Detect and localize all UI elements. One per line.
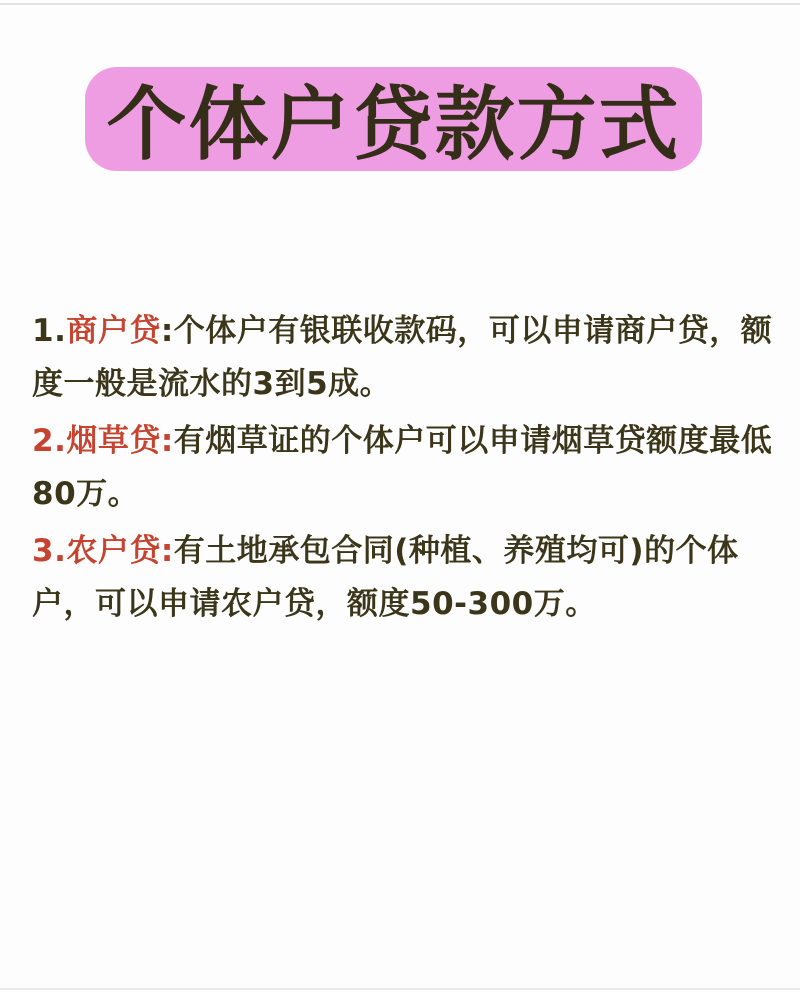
- farmer-loan-line-1: 3.农户贷:有土地承包合同(种植、养殖均可)的个体: [32, 525, 772, 578]
- item-label-tobacco-loan: 烟草贷: [66, 423, 161, 459]
- item-label-merchant-loan: 商户贷: [66, 313, 161, 349]
- merchant-loan-line-2: 度一般是流水的3到5成。: [32, 358, 772, 411]
- loan-type-list: 1.商户贷:个体户有银联收款码，可以申请商户贷，额 度一般是流水的3到5成。 2…: [32, 305, 772, 635]
- list-item-merchant-loan: 1.商户贷:个体户有银联收款码，可以申请商户贷，额 度一般是流水的3到5成。: [32, 305, 772, 411]
- item-colon: :: [161, 423, 174, 459]
- tobacco-loan-line-2: 80万。: [32, 468, 772, 521]
- item-colon: :: [161, 313, 174, 349]
- list-item-farmer-loan: 3.农户贷:有土地承包合同(种植、养殖均可)的个体 户，可以申请农户贷，额度50…: [32, 525, 772, 631]
- bottom-edge-divider: [0, 988, 800, 990]
- item-body-text: 有烟草证的个体户可以申请烟草贷额度最低: [174, 423, 773, 459]
- page-title: 个体户贷款方式: [107, 85, 681, 165]
- top-edge-divider: [0, 3, 800, 5]
- item-label-farmer-loan: 农户贷: [66, 533, 161, 569]
- item-body-text: 有土地承包合同(种植、养殖均可)的个体: [174, 533, 739, 569]
- merchant-loan-line-1: 1.商户贷:个体户有银联收款码，可以申请商户贷，额: [32, 305, 772, 358]
- tobacco-loan-line-1: 2.烟草贷:有烟草证的个体户可以申请烟草贷额度最低: [32, 415, 772, 468]
- item-body-text: 个体户有银联收款码，可以申请商户贷，额: [174, 313, 773, 349]
- list-item-tobacco-loan: 2.烟草贷:有烟草证的个体户可以申请烟草贷额度最低 80万。: [32, 415, 772, 521]
- farmer-loan-line-2: 户，可以申请农户贷，额度50-300万。: [32, 578, 772, 631]
- item-number: 1.: [32, 313, 66, 349]
- item-number: 2.: [32, 423, 66, 459]
- item-colon: :: [161, 533, 174, 569]
- title-banner: 个体户贷款方式: [85, 67, 702, 171]
- item-number: 3.: [32, 533, 66, 569]
- loan-poster-card: 个体户贷款方式 1.商户贷:个体户有银联收款码，可以申请商户贷，额 度一般是流水…: [0, 0, 800, 992]
